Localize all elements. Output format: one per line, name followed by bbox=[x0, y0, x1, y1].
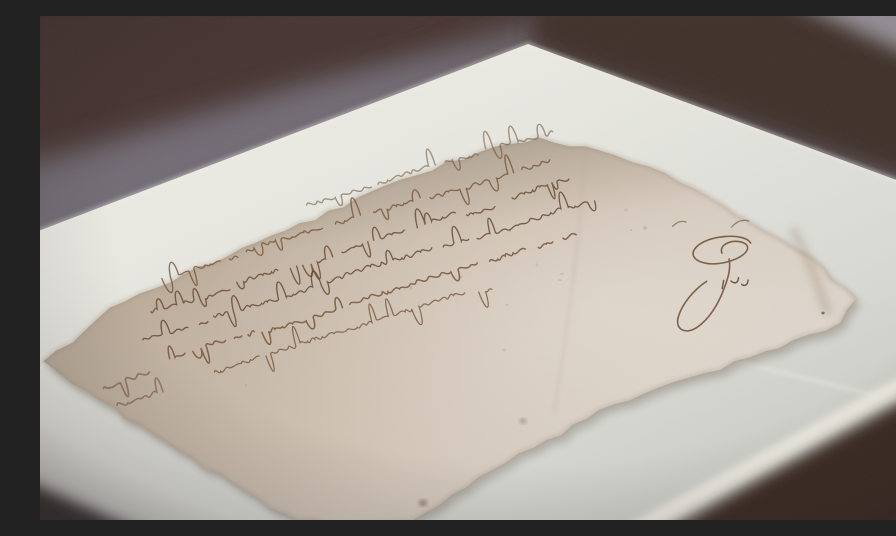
photo-canvas bbox=[40, 16, 896, 520]
film-grain-overlay bbox=[40, 16, 896, 520]
manuscript-photo bbox=[40, 16, 896, 520]
